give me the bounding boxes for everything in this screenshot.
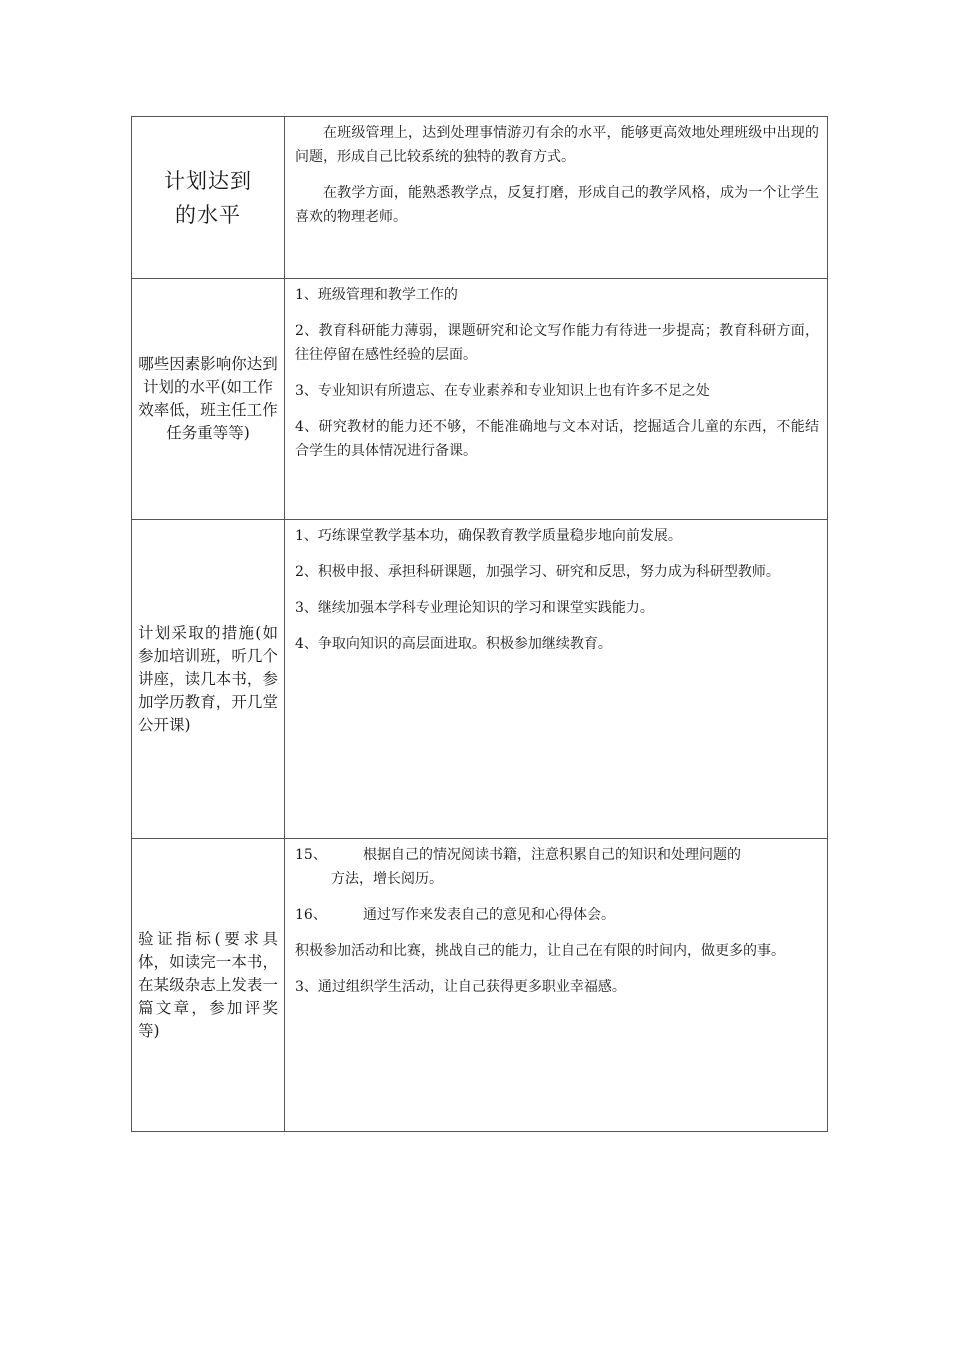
- list-item: 2、积极申报、承担科研课题，加强学习、研究和反思，努力成为科研型教师。: [295, 560, 819, 584]
- list-item: 1、巧练课堂教学基本功，确保教育教学质量稳步地向前发展。: [295, 524, 819, 548]
- list-item: 16、通过写作来发表自己的意见和心得体会。: [295, 903, 819, 927]
- row-content-target-level: 在班级管理上，达到处理事情游刃有余的水平，能够更高效地处理班级中出现的问题，形成…: [285, 117, 828, 279]
- paragraph: 在教学方面，能熟悉教学点，反复打磨，形成自己的教学风格，成为一个让学生喜欢的物理…: [295, 181, 819, 229]
- list-item: 3、继续加强本学科专业理论知识的学习和课堂实践能力。: [295, 596, 819, 620]
- list-item: 3、专业知识有所遗忘、在专业素养和专业知识上也有许多不足之处: [295, 379, 819, 403]
- list-item: 3、通过组织学生活动，让自己获得更多职业幸福感。: [295, 975, 819, 999]
- list-item: 1、班级管理和教学工作的: [295, 283, 819, 307]
- row-content-planned-measures: 1、巧练课堂教学基本功，确保教育教学质量稳步地向前发展。 2、积极申报、承担科研…: [285, 520, 828, 839]
- list-item: 积极参加活动和比赛，挑战自己的能力，让自己在有限的时间内，做更多的事。: [295, 939, 819, 963]
- row-label-planned-measures: 计划采取的措施(如参加培训班，听几个讲座，读几本书，参加学历教育，开几堂公开课): [132, 520, 285, 839]
- list-item: 15、根据自己的情况阅读书籍，注意积累自己的知识和处理问题的 方法，增长阅历。: [295, 843, 819, 891]
- table-row-verification-indicators: 验证指标(要求具体，如读完一本书，在某级杂志上发表一篇文章，参加评奖等) 15、…: [132, 839, 828, 1132]
- development-plan-table: 计划达到 的水平 在班级管理上，达到处理事情游刃有余的水平，能够更高效地处理班级…: [131, 116, 828, 1132]
- row-content-influencing-factors: 1、班级管理和教学工作的 2、教育科研能力薄弱，课题研究和论文写作能力有待进一步…: [285, 279, 828, 520]
- row-content-verification-indicators: 15、根据自己的情况阅读书籍，注意积累自己的知识和处理问题的 方法，增长阅历。 …: [285, 839, 828, 1132]
- row-label-target-level: 计划达到 的水平: [132, 117, 285, 279]
- item-number: 15、: [295, 843, 363, 867]
- list-item: 4、争取向知识的高层面进取。积极参加继续教育。: [295, 632, 819, 656]
- label-line-1: 计划达到: [138, 164, 278, 198]
- item-text: 根据自己的情况阅读书籍，注意积累自己的知识和处理问题的: [363, 847, 741, 863]
- paragraph: 在班级管理上，达到处理事情游刃有余的水平，能够更高效地处理班级中出现的问题，形成…: [295, 121, 819, 169]
- table-row-influencing-factors: 哪些因素影响你达到计划的水平(如工作效率低，班主任工作任务重等等) 1、班级管理…: [132, 279, 828, 520]
- item-number: 16、: [295, 903, 363, 927]
- row-label-influencing-factors: 哪些因素影响你达到计划的水平(如工作效率低，班主任工作任务重等等): [132, 279, 285, 520]
- table-row-target-level: 计划达到 的水平 在班级管理上，达到处理事情游刃有余的水平，能够更高效地处理班级…: [132, 117, 828, 279]
- item-text-continued: 方法，增长阅历。: [295, 867, 819, 891]
- table-row-planned-measures: 计划采取的措施(如参加培训班，听几个讲座，读几本书，参加学历教育，开几堂公开课)…: [132, 520, 828, 839]
- row-label-verification-indicators: 验证指标(要求具体，如读完一本书，在某级杂志上发表一篇文章，参加评奖等): [132, 839, 285, 1132]
- item-text: 通过写作来发表自己的意见和心得体会。: [363, 907, 615, 923]
- list-item: 2、教育科研能力薄弱，课题研究和论文写作能力有待进一步提高；教育科研方面，往往停…: [295, 319, 819, 367]
- label-line-2: 的水平: [138, 198, 278, 232]
- list-item: 4、研究教材的能力还不够，不能准确地与文本对话，挖掘适合儿童的东西，不能结合学生…: [295, 415, 819, 463]
